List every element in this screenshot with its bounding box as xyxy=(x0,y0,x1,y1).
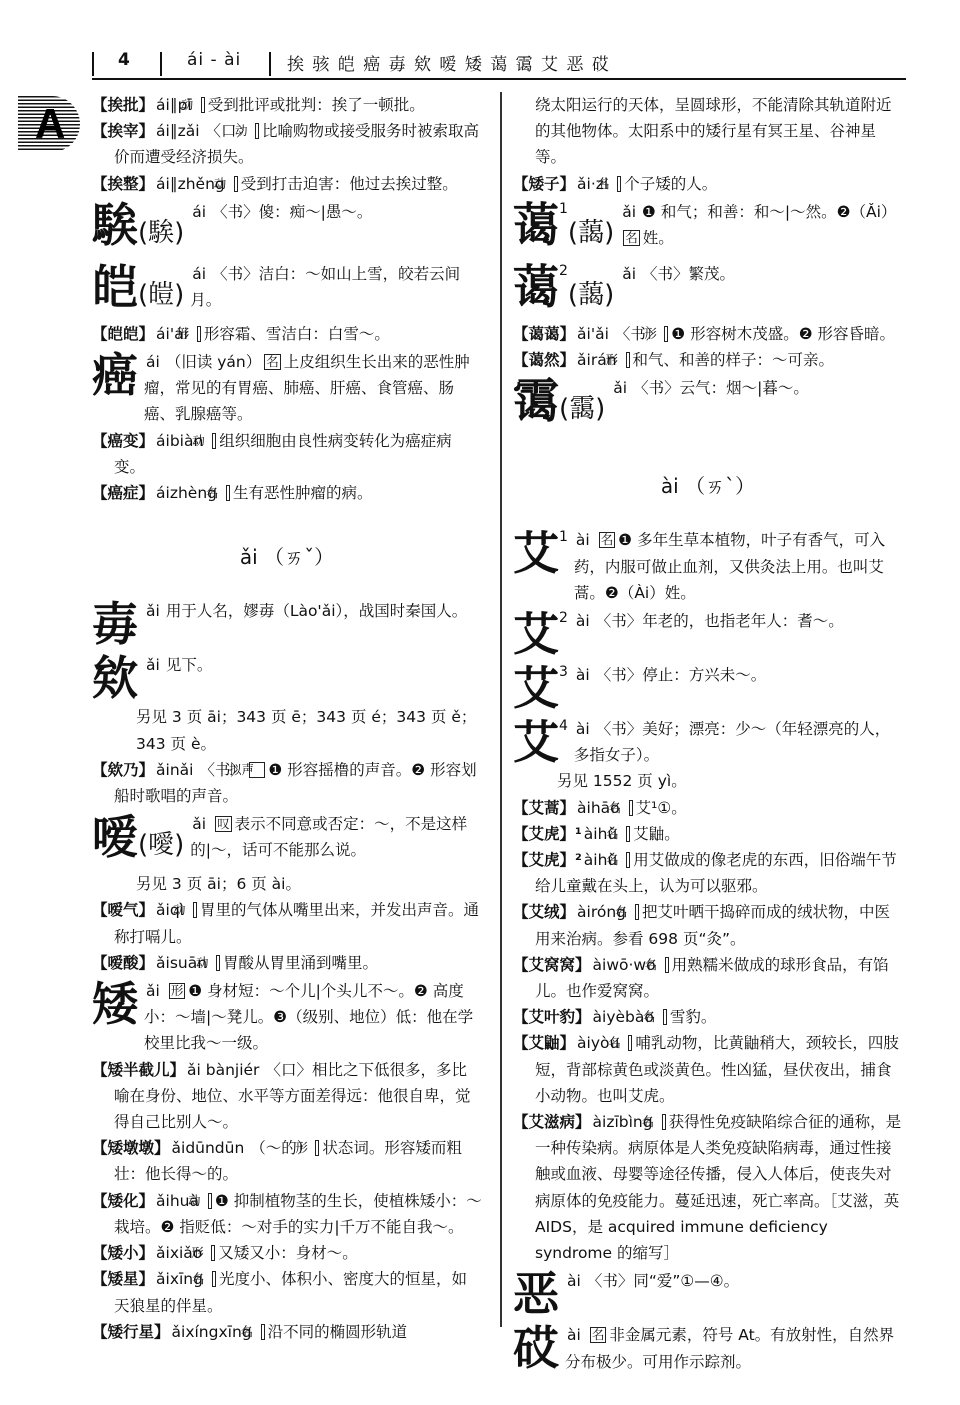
compound-entry: 【艾鼬】àiyòu名哺乳动物，比黄鼬稍大，颈较长，四肢短，背部棕黄色或淡黄色。性… xyxy=(513,1030,903,1109)
entry-headword: 【矮半截儿】 xyxy=(92,1061,185,1079)
pinyin-range: ái - ài xyxy=(187,50,241,70)
entry-definition: 雪豹。 xyxy=(670,1008,717,1026)
compound-entry: 【矮小】ǎixiǎo形又矮又小：身材～。 xyxy=(92,1240,482,1266)
entry-headword: 【嗳酸】 xyxy=(92,954,154,972)
part-of-speech-badge: 名 xyxy=(590,1327,607,1343)
homograph-number: 3 xyxy=(559,664,568,680)
character-entry: 皑(皚)ái〈书〉洁白：～如山上雪，皎若云间月。 xyxy=(92,261,482,321)
homograph-number: 2 xyxy=(559,263,568,279)
pinyin-section-heading: ǎi （ㄞˇ） xyxy=(92,544,482,570)
entry-pinyin: ǎi xyxy=(622,203,636,221)
headword-character: 恶 xyxy=(513,1267,559,1321)
character-definition: ài〈书〉同“爱”①—④。 xyxy=(559,1268,903,1294)
compound-entry: 【嗳气】ǎiqì动胃里的气体从嘴里出来，并发出声音。通称打嗝儿。 xyxy=(92,897,482,949)
character-entry: 艾4ài〈书〉美好；漂亮：少～（年轻漂亮的人，多指女子）。 xyxy=(513,716,903,768)
character-entry: 騃(騃)ái〈书〉傻：痴～|愚～。 xyxy=(92,199,482,259)
entry-headword: 【挨宰】 xyxy=(92,122,154,140)
homograph-number: 4 xyxy=(559,718,568,734)
headword-character: 欸 xyxy=(92,651,138,705)
entry-definition: 〈书〉洁白：～如山上雪，皎若云间月。 xyxy=(190,265,460,309)
entry-pinyin: ǎi xyxy=(146,602,160,620)
part-of-speech-badge: 名 xyxy=(623,230,640,246)
entry-headword: 【矮小】 xyxy=(92,1244,154,1262)
compound-entry: 【欸乃】ǎinǎi〈书〉拟声❶ 形容摇橹的声音。❷ 形容划船时歌唱的声音。 xyxy=(92,757,482,809)
compound-entry: 【矮行星】ǎixíngxīng名沿不同的椭圆形轨道 xyxy=(92,1319,482,1345)
entry-headword: 【艾绒】 xyxy=(513,903,575,921)
entry-definition: 艾鼬。 xyxy=(633,825,680,843)
entry-headword: 【嗳气】 xyxy=(92,901,154,919)
entry-headword: 【艾蒿】 xyxy=(513,799,575,817)
part-of-speech-badge: 名 xyxy=(635,904,639,920)
part-of-speech-badge: 动 xyxy=(216,955,220,971)
entry-definition: 受到打击迫害：他过去挨过整。 xyxy=(241,175,458,193)
entry-headword: 【挨整】 xyxy=(92,175,154,193)
headword-character: 騃 xyxy=(92,198,138,252)
character-entry: 霭(靄)ǎi〈书〉云气：烟～|暮～。 xyxy=(513,375,903,435)
character-head: 欸 xyxy=(92,652,138,704)
entry-pinyin: ái xyxy=(192,265,206,283)
header-rule xyxy=(269,52,271,76)
entry-pinyin: ǎixíngxīng xyxy=(172,1323,252,1341)
part-of-speech-badge: 名 xyxy=(599,532,616,548)
character-head: 艾4 xyxy=(513,716,568,768)
character-entry: 蔼2(藹)ǎi〈书〉繁茂。 xyxy=(513,261,903,321)
entry-headword: 【艾叶豹】 xyxy=(513,1008,591,1026)
entry-definition: 〈书〉停止：方兴未～。 xyxy=(596,666,767,684)
character-entry: 砹ài名非金属元素，符号 At。有放射性，自然界分布极少。可用作示踪剂。 xyxy=(513,1322,903,1374)
compound-entry: 【艾虎】¹àihǔ名艾鼬。 xyxy=(513,821,903,847)
compound-entry: 【嗳酸】ǎisuān动胃酸从胃里涌到嘴里。 xyxy=(92,950,482,976)
entry-pinyin: ǎi xyxy=(192,815,206,833)
headword-character: 蔼 xyxy=(513,260,559,314)
register-label: 〈口〉 xyxy=(265,1061,312,1079)
character-entry: 毐ǎi用于人名，嫪毐（Lào'ǎi），战国时秦国人。 xyxy=(92,598,482,650)
character-definition: ái〈书〉傻：痴～|愚～。 xyxy=(184,199,482,225)
compound-entry: 【皑皑】ái'ái形形容霜、雪洁白：白雪～。 xyxy=(92,321,482,347)
entry-headword: 【欸乃】 xyxy=(92,761,154,779)
entry-definition: 〈书〉繁茂。 xyxy=(642,265,735,283)
compound-entry: 【癌变】áibiàn动组织细胞由良性病变转化为癌症病变。 xyxy=(92,428,482,480)
entry-definition: 又矮又小：身材～。 xyxy=(218,1244,358,1262)
part-of-speech-badge: 动 xyxy=(255,123,259,139)
compound-entry: 【矮化】ǎihuà动❶ 抑制植物茎的生长，使植株矮小：～栽培。❷ 指贬低：～对手… xyxy=(92,1188,482,1240)
part-of-speech-badge: 形 xyxy=(664,326,668,342)
entry-definition: 受到批评或批判：挨了一顿批。 xyxy=(208,96,425,114)
character-head: 騃(騃) xyxy=(92,199,184,259)
compound-entry: 【癌症】áizhèng名生有恶性肿瘤的病。 xyxy=(92,480,482,506)
entry-definition: 〈书〉美好；漂亮：少～（年轻漂亮的人，多指女子）。 xyxy=(574,720,890,764)
compound-entry: 【艾虎】²àihǔ名用艾做成的像老虎的东西，旧俗端午节给儿童戴在头上，认为可以驱… xyxy=(513,847,903,899)
part-of-speech-badge: 动 xyxy=(193,902,197,918)
thumb-letter: A xyxy=(35,100,65,148)
compound-entry: 【艾绒】àiróng名把艾叶晒干捣碎而成的绒状物，中医用来治病。参看 698 页… xyxy=(513,899,903,951)
traditional-form: (藹) xyxy=(568,280,614,310)
entry-pinyin: ài xyxy=(576,720,590,738)
character-definition: ài〈书〉停止：方兴未～。 xyxy=(568,662,903,688)
part-of-speech-badge: 动 xyxy=(201,97,205,113)
character-definition: ài〈书〉年老的，也指老年人：耆～。 xyxy=(568,608,903,634)
homograph-number: 1 xyxy=(559,529,568,545)
entry-pinyin: ǎi'ǎi xyxy=(577,325,609,343)
entry-definition: ❶ 形容树木茂盛。❷ 形容昏暗。 xyxy=(671,325,895,343)
part-of-speech-badge: 名 xyxy=(264,354,281,370)
entry-definition: 沿不同的椭圆形轨道 xyxy=(268,1323,408,1341)
compound-entry: 【矮半截儿】ǎi bànjiér〈口〉相比之下低很多，多比喻在身份、地位、水平等… xyxy=(92,1057,482,1136)
character-definition: ǎi见下。 xyxy=(138,652,482,678)
character-entry: 蔼1(藹)ǎi❶ 和气；和善：和～|～然。❷（Ǎi）名姓。 xyxy=(513,199,903,259)
part-of-speech-badge: 形 xyxy=(211,1245,215,1261)
part-of-speech-badge: 名 xyxy=(628,1035,632,1051)
entry-definition: 胃酸从胃里涌到嘴里。 xyxy=(223,954,378,972)
part-of-speech-badge: 叹 xyxy=(215,816,232,832)
character-definition: ǎi形❶ 身材短：～个儿|个头儿不～。❷ 高度小：～墙|～凳儿。❸（级别、地位）… xyxy=(138,978,482,1057)
compound-entry: 【矮星】ǎixīng名光度小、体积小、密度大的恒星，如天狼星的伴星。 xyxy=(92,1266,482,1318)
entry-definition: 形容霜、雪洁白：白雪～。 xyxy=(204,325,390,343)
entry-definition: 非金属元素，符号 At。有放射性，自然界分布极少。可用作示踪剂。 xyxy=(565,1326,894,1370)
entry-headword: 【矮墩墩】 xyxy=(92,1139,170,1157)
entry-pinyin: ái xyxy=(192,203,206,221)
character-entry: 癌ái（旧读 yán）名上皮组织生长出来的恶性肿瘤，常见的有胃癌、肺癌、肝癌、食… xyxy=(92,349,482,428)
entry-definition: 个子矮的人。 xyxy=(624,175,717,193)
part-of-speech-badge: 名 xyxy=(626,826,630,842)
entry-pinyin: ǎi xyxy=(146,982,160,1000)
entry-definition: 生有恶性肿瘤的病。 xyxy=(233,484,373,502)
compound-entry: 【蔼然】ǎirán形和气、和善的样子：～可亲。 xyxy=(513,347,903,373)
part-of-speech-badge: 动 xyxy=(212,433,216,449)
cross-reference-note: 另见 3 页 āi；6 页 ài。 xyxy=(92,871,482,897)
compound-entry: 【挨宰】ái∥zǎi〈口〉动比喻购物或接受服务时被索取高价而遭受经济损失。 xyxy=(92,118,482,170)
headword-character: 蔼 xyxy=(513,198,559,252)
character-head: 艾1 xyxy=(513,527,568,579)
compound-entry: 【艾滋病】àizībìng名获得性免疫缺陷综合征的通称，是一种传染病。病原体是人… xyxy=(513,1109,903,1266)
header-characters: 挨 骇 皑 癌 毐 欸 嗳 矮 蔼 霭 艾 恶 砹 xyxy=(287,50,610,75)
headword-character: 毐 xyxy=(92,597,138,651)
part-of-speech-badge: 名 xyxy=(663,1009,667,1025)
compound-entry: 【挨整】ái∥zhěng动受到打击迫害：他过去挨过整。 xyxy=(92,171,482,197)
character-head: 砹 xyxy=(513,1322,559,1374)
entry-headword: 【艾滋病】 xyxy=(513,1113,591,1131)
character-definition: ài名❶ 多年生草本植物，叶子有香气，可入药，内服可做止血剂，又供灸法上用。也叫… xyxy=(568,527,903,606)
part-of-speech-badge: 名 xyxy=(261,1324,265,1340)
headword-character: 艾 xyxy=(513,715,559,769)
entry-definition: 艾¹①。 xyxy=(636,799,687,817)
character-definition: ài〈书〉美好；漂亮：少～（年轻漂亮的人，多指女子）。 xyxy=(568,716,903,768)
homograph-number: 2 xyxy=(559,610,568,626)
entry-definition: 〈书〉云气：烟～|暮～。 xyxy=(633,379,809,397)
compound-entry: 【艾叶豹】àiyèbào名雪豹。 xyxy=(513,1004,903,1030)
entry-pinyin: ǎi xyxy=(622,265,636,283)
character-head: 恶 xyxy=(513,1268,559,1320)
left-column: 【挨批】ái∥pī动受到批评或批判：挨了一顿批。【挨宰】ái∥zǎi〈口〉动比喻… xyxy=(92,92,482,1345)
part-of-speech-badge: 形 xyxy=(169,983,186,999)
part-of-speech-badge: 名 xyxy=(226,485,230,501)
character-entry: 艾1ài名❶ 多年生草本植物，叶子有香气，可入药，内服可做止血剂，又供灸法上用。… xyxy=(513,527,903,606)
entry-headword: 【挨批】 xyxy=(92,96,154,114)
character-entry: 艾3ài〈书〉停止：方兴未～。 xyxy=(513,662,903,714)
pinyin-section-heading: ài （ㄞˋ） xyxy=(513,473,903,499)
cross-reference-note: 另见 1552 页 yì。 xyxy=(513,768,903,794)
headword-character: 艾 xyxy=(513,607,559,661)
header-rule xyxy=(92,52,94,76)
right-column: 绕太阳运行的天体，呈圆球形，不能清除其轨道附近的其他物体。太阳系中的矮行星有冥王… xyxy=(513,92,903,1375)
entry-headword: 【艾鼬】 xyxy=(513,1034,575,1052)
traditional-form: (靄) xyxy=(559,394,605,424)
headword-character: 霭 xyxy=(513,374,559,428)
part-of-speech-badge: 名 xyxy=(617,176,621,192)
character-entry: 矮ǎi形❶ 身材短：～个儿|个头儿不～。❷ 高度小：～墙|～凳儿。❸（级别、地位… xyxy=(92,978,482,1057)
character-definition: ǎi〈书〉繁茂。 xyxy=(614,261,903,287)
entry-definition: 姓。 xyxy=(643,229,674,247)
entry-headword: 【艾虎】² xyxy=(513,851,582,869)
running-header: 4 ái - ài 挨 骇 皑 癌 毐 欸 嗳 矮 蔼 霭 艾 恶 砹 xyxy=(92,46,906,80)
page-number: 4 xyxy=(118,50,130,70)
entry-pinyin: ǎi bànjiér xyxy=(187,1061,259,1079)
entry-definition: 表示不同意或否定：～，不是这样的|～，话可不能那么说。 xyxy=(190,815,467,859)
traditional-form: (皚) xyxy=(138,280,184,310)
entry-headword: 【矮子】 xyxy=(513,175,575,193)
headword-character: 艾 xyxy=(513,526,559,580)
character-head: 癌 xyxy=(92,349,138,401)
character-entry: 艾2ài〈书〉年老的，也指老年人：耆～。 xyxy=(513,608,903,660)
character-definition: ǎi❶ 和气；和善：和～|～然。❷（Ǎi）名姓。 xyxy=(614,199,903,251)
entry-definition: 用于人名，嫪毐（Lào'ǎi），战国时秦国人。 xyxy=(166,602,467,620)
character-head: 嗳(噯) xyxy=(92,811,184,871)
entry-definition: 〈书〉年老的，也指老年人：耆～。 xyxy=(596,612,844,630)
traditional-form: (噯) xyxy=(138,830,184,860)
part-of-speech-badge: 名 xyxy=(626,852,630,868)
traditional-form: (藹) xyxy=(568,218,614,248)
entry-headword: 【矮化】 xyxy=(92,1192,154,1210)
entry-headword: 【蔼然】 xyxy=(513,351,575,369)
entry-headword: 【艾虎】¹ xyxy=(513,825,582,843)
entry-definition: ❶ 身材短：～个儿|个头儿不～。❷ 高度小：～墙|～凳儿。❸（级别、地位）低：他… xyxy=(144,982,473,1052)
entry-pinyin: ǎinǎi xyxy=(156,761,193,779)
character-head: 艾3 xyxy=(513,662,568,714)
character-definition: ǎi用于人名，嫪毐（Lào'ǎi），战国时秦国人。 xyxy=(138,598,482,624)
entry-headword: 【癌变】 xyxy=(92,432,154,450)
entry-definition: ❶ 多年生草本植物，叶子有香气，可入药，内服可做止血剂，又供灸法上用。也叫艾蒿。… xyxy=(574,531,885,601)
column-divider xyxy=(500,92,502,1327)
homograph-number: 1 xyxy=(559,201,568,217)
entry-pinyin: ái∥zǎi xyxy=(156,122,200,140)
character-entry: 欸ǎi见下。 xyxy=(92,652,482,704)
entry-pinyin: ài xyxy=(567,1326,581,1344)
character-definition: ái（旧读 yán）名上皮组织生长出来的恶性肿瘤，常见的有胃癌、肺癌、肝癌、食管… xyxy=(138,349,482,428)
compound-entry: 【矮墩墩】ǎidūndūn（～的）形状态词。形容矮而粗壮：他长得～的。 xyxy=(92,1135,482,1187)
compound-entry: 【蔼蔼】ǎi'ǎi〈书〉形❶ 形容树木茂盛。❷ 形容昏暗。 xyxy=(513,321,903,347)
character-head: 毐 xyxy=(92,598,138,650)
part-of-speech-badge: 名 xyxy=(212,1271,216,1287)
character-head: 艾2 xyxy=(513,608,568,660)
entry-headword: 【蔼蔼】 xyxy=(513,325,575,343)
headword-character: 嗳 xyxy=(92,810,138,864)
character-head: 皑(皚) xyxy=(92,261,184,321)
entry-headword: 【矮星】 xyxy=(92,1270,154,1288)
character-entry: 嗳(噯)ǎi叹表示不同意或否定：～，不是这样的|～，话可不能那么说。 xyxy=(92,811,482,871)
entry-definition: 获得性免疫缺陷综合征的通称，是一种传染病。病原体是人类免疫缺陷病毒，通过性接触或… xyxy=(535,1113,901,1262)
headword-character: 矮 xyxy=(92,977,138,1031)
entry-definition: 〈书〉傻：痴～|愚～。 xyxy=(212,203,372,221)
entry-pinyin: ài xyxy=(576,666,590,684)
entry-headword: 【艾窝窝】 xyxy=(513,956,591,974)
entry-definition: （旧读 yán） xyxy=(166,353,261,371)
entry-pinyin: ǎi xyxy=(613,379,627,397)
entry-pinyin: ái xyxy=(146,353,160,371)
entry-headword: 【皑皑】 xyxy=(92,325,154,343)
part-of-speech-badge: 名 xyxy=(665,957,669,973)
part-of-speech-badge: 拟声 xyxy=(249,762,266,778)
character-definition: ǎi叹表示不同意或否定：～，不是这样的|～，话可不能那么说。 xyxy=(184,811,482,863)
headword-character: 砹 xyxy=(513,1321,559,1375)
part-of-speech-badge: 动 xyxy=(208,1193,212,1209)
part-of-speech-badge: 形 xyxy=(626,352,630,368)
part-of-speech-badge: 名 xyxy=(662,1114,666,1130)
character-definition: ài名非金属元素，符号 At。有放射性，自然界分布极少。可用作示踪剂。 xyxy=(559,1322,903,1374)
thumb-index-tab: A xyxy=(18,96,80,152)
compound-entry: 【艾窝窝】àiwō·wo名用熟糯米做成的球形食品，有馅儿。也作爱窝窝。 xyxy=(513,952,903,1004)
character-definition: ǎi〈书〉云气：烟～|暮～。 xyxy=(605,375,903,401)
entry-pinyin: ǎidūndūn xyxy=(172,1139,245,1157)
entry-definition: 见下。 xyxy=(166,656,213,674)
character-definition: ái〈书〉洁白：～如山上雪，皎若云间月。 xyxy=(184,261,482,313)
character-head: 矮 xyxy=(92,978,138,1030)
header-rule xyxy=(160,52,162,76)
entry-definition: 和气、和善的样子：～可亲。 xyxy=(633,351,835,369)
compound-entry: 【艾蒿】àihāo名艾¹①。 xyxy=(513,795,903,821)
character-head: 霭(靄) xyxy=(513,375,605,435)
entry-definition: ❶ 和气；和善：和～|～然。❷（Ǎi） xyxy=(642,203,896,221)
entry-pinyin: ǎi xyxy=(146,656,160,674)
part-of-speech-badge: 名 xyxy=(629,800,633,816)
entry-pinyin: ài xyxy=(567,1272,581,1290)
headword-character: 艾 xyxy=(513,661,559,715)
traditional-form: (騃) xyxy=(138,218,184,248)
entry-continuation: 绕太阳运行的天体，呈圆球形，不能清除其轨道附近的其他物体。太阳系中的矮行星有冥王… xyxy=(513,92,903,171)
character-head: 蔼2(藹) xyxy=(513,261,614,321)
part-of-speech-badge: 动 xyxy=(234,176,238,192)
part-of-speech-badge: 形 xyxy=(315,1140,319,1156)
part-of-speech-badge: 形 xyxy=(197,326,201,342)
entry-headword: 【矮行星】 xyxy=(92,1323,170,1341)
compound-entry: 【挨批】ái∥pī动受到批评或批判：挨了一顿批。 xyxy=(92,92,482,118)
entry-definition: 〈书〉同“爱”①—④。 xyxy=(587,1272,739,1290)
entry-pinyin: ài xyxy=(576,531,590,549)
headword-character: 癌 xyxy=(92,348,138,402)
entry-pinyin: ài xyxy=(576,612,590,630)
entry-headword: 【癌症】 xyxy=(92,484,154,502)
character-head: 蔼1(藹) xyxy=(513,199,614,259)
compound-entry: 【矮子】ǎi·zi名个子矮的人。 xyxy=(513,171,903,197)
character-entry: 恶ài〈书〉同“爱”①—④。 xyxy=(513,1268,903,1320)
cross-reference-note: 另见 3 页 āi；343 页 ē；343 页 é；343 页 ě；343 页 … xyxy=(92,704,482,756)
headword-character: 皑 xyxy=(92,260,138,314)
